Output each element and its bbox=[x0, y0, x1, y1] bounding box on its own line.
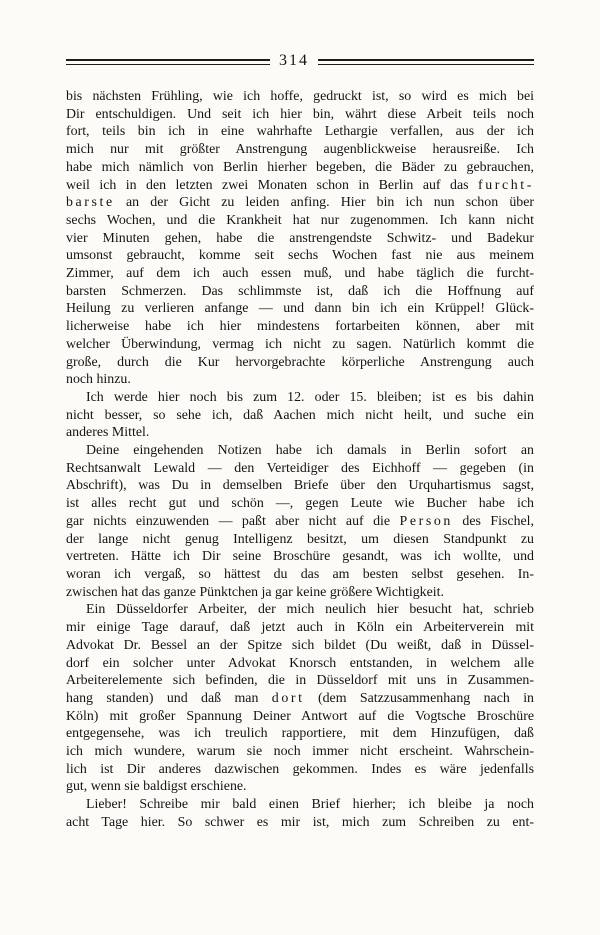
text-line: lich ist Dir anderes dazwischen gekommen… bbox=[66, 761, 534, 779]
text-line: Dir entschuldigen. Und seit ich hier bin… bbox=[66, 106, 534, 124]
text-line: acht Tage hier. So schwer es mir ist, mi… bbox=[66, 814, 534, 832]
text-line: Zimmer, auf dem ich auch essen muß, und … bbox=[66, 265, 534, 283]
text-line: anderes Mittel. bbox=[66, 424, 534, 442]
paragraph: Lieber! Schreibe mir bald einen Brief hi… bbox=[66, 796, 534, 831]
header-rule-left bbox=[66, 59, 270, 65]
text-line: Abschrift), was Du in demselben Briefe ü… bbox=[66, 477, 534, 495]
letterspaced-word: Person bbox=[400, 514, 453, 529]
text-segment: (dem Satzzusammenhang nach in bbox=[305, 691, 534, 706]
text-line: umsonst gebraucht, komme seit sechs Woch… bbox=[66, 247, 534, 265]
text-line: Rechtsanwalt Lewald — den Verteidiger de… bbox=[66, 460, 534, 478]
text-line: habe mich nämlich von Berlin hierher beg… bbox=[66, 159, 534, 177]
header-rule-right bbox=[318, 59, 534, 65]
text-line: Lieber! Schreibe mir bald einen Brief hi… bbox=[66, 796, 534, 814]
text-line: fort, teils bin ich in eine wahrhafte Le… bbox=[66, 123, 534, 141]
paragraph: bis nächsten Frühling, wie ich hoffe, ge… bbox=[66, 88, 534, 389]
text-line: ist alles recht gut und schön —, gegen L… bbox=[66, 495, 534, 513]
text-line: große, durch die Kur hervorgebrachte kör… bbox=[66, 354, 534, 372]
text-line: ich mich wundere, warum sie noch immer n… bbox=[66, 743, 534, 761]
text-line: entgegensehe, was ich treulich rapportie… bbox=[66, 725, 534, 743]
text-line: nicht besser, so sehe ich, daß Aachen mi… bbox=[66, 407, 534, 425]
text-line: mir einige Tage darauf, daß jetzt auch i… bbox=[66, 619, 534, 637]
text-line: barsten Schmerzen. Das schlimmste ist, d… bbox=[66, 283, 534, 301]
page-body: bis nächsten Frühling, wie ich hoffe, ge… bbox=[66, 88, 534, 832]
text-line: sechs Wochen, und die Krankheit hat nur … bbox=[66, 212, 534, 230]
text-line: vier Minuten gehen, habe die anstrengend… bbox=[66, 230, 534, 248]
text-line: Ein Düsseldorfer Arbeiter, der mich neul… bbox=[66, 601, 534, 619]
paragraph: Ein Düsseldorfer Arbeiter, der mich neul… bbox=[66, 601, 534, 796]
letterspaced-word: barste bbox=[66, 195, 115, 210]
text-line: vertreten. Hätte ich Dir seine Broschüre… bbox=[66, 548, 534, 566]
text-line: mich nur mit größter Anstrengung augenbl… bbox=[66, 141, 534, 159]
text-line: noch hinzu. bbox=[66, 371, 534, 389]
text-segment: hang standen) und daß man bbox=[66, 691, 272, 706]
text-line: Heilung zu verlieren anfange — und dann … bbox=[66, 300, 534, 318]
text-segment: des Fischel, bbox=[453, 514, 534, 529]
text-line: der lange nicht genug Intelligenz besitz… bbox=[66, 531, 534, 549]
page-number: 314 bbox=[270, 55, 318, 67]
text-line: gar nichts einzuwenden — paßt aber nicht… bbox=[66, 513, 534, 531]
text-line: Advokat Dr. Bessel an der Spitze sich bi… bbox=[66, 637, 534, 655]
text-segment: gar nichts einzuwenden — paßt aber nicht… bbox=[66, 514, 400, 529]
letterspaced-word: furcht- bbox=[478, 178, 534, 193]
text-segment: an der Gicht zu leiden anfing. Hier bin … bbox=[115, 195, 534, 210]
text-line: barste an der Gicht zu leiden anfing. Hi… bbox=[66, 194, 534, 212]
text-line: Arbeiterelemente sich befinden, die in D… bbox=[66, 672, 534, 690]
text-line: zwischen hat das ganze Pünktchen ja gar … bbox=[66, 584, 534, 602]
book-page: 314 bis nächsten Frühling, wie ich hoffe… bbox=[0, 0, 600, 935]
text-line: dorf ein solcher unter Advokat Knorsch e… bbox=[66, 655, 534, 673]
paragraph: Ich werde hier noch bis zum 12. oder 15.… bbox=[66, 389, 534, 442]
text-line: Köln) mit großer Spannung Deiner Antwort… bbox=[66, 708, 534, 726]
text-segment: weil ich in den letzten zwei Monaten sch… bbox=[66, 178, 478, 193]
running-head: 314 bbox=[66, 56, 534, 68]
text-line: hang standen) und daß man dort (dem Satz… bbox=[66, 690, 534, 708]
text-line: Ich werde hier noch bis zum 12. oder 15.… bbox=[66, 389, 534, 407]
text-line: Deine eingehenden Notizen habe ich damal… bbox=[66, 442, 534, 460]
text-line: gut, wenn sie baldigst erschiene. bbox=[66, 778, 534, 796]
text-line: weil ich in den letzten zwei Monaten sch… bbox=[66, 177, 534, 195]
text-line: bis nächsten Frühling, wie ich hoffe, ge… bbox=[66, 88, 534, 106]
paragraph: Deine eingehenden Notizen habe ich damal… bbox=[66, 442, 534, 601]
text-line: woran ich vergaß, so hättest du das am b… bbox=[66, 566, 534, 584]
text-line: licherweise habe ich hier mindestens for… bbox=[66, 318, 534, 336]
text-line: welcher Überwindung, vermag ich nicht zu… bbox=[66, 336, 534, 354]
letterspaced-word: dort bbox=[272, 691, 305, 706]
